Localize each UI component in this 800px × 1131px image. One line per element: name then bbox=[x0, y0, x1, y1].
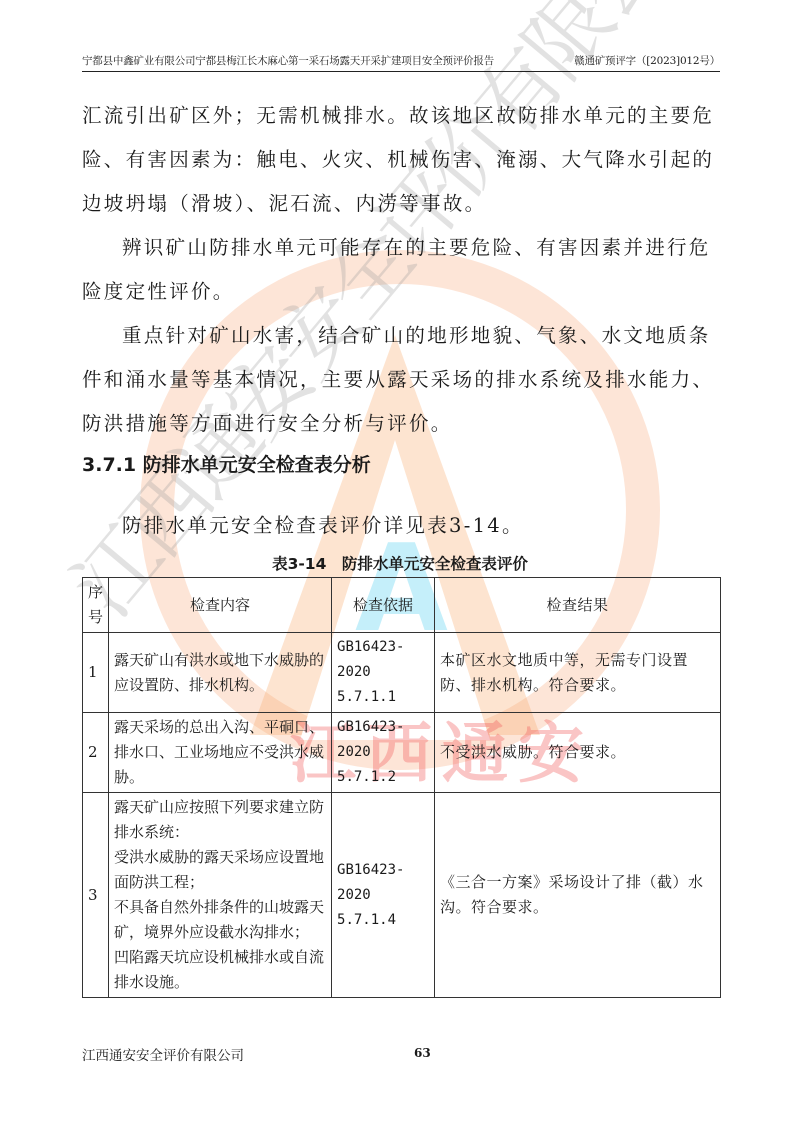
header-basis: 检查依据 bbox=[332, 578, 435, 633]
row-content: 露天矿山有洪水或地下水威胁的应设置防、排水机构。 bbox=[109, 633, 332, 713]
content-line: 受洪水威胁的露天采场应设置地面防洪工程； bbox=[114, 845, 326, 895]
basis-clause: 5.7.1.4 bbox=[337, 908, 429, 933]
row-content: 露天采场的总出入沟、平硐口、排水口、工业场地应不受洪水威胁。 bbox=[109, 713, 332, 793]
table-row: 3 露天矿山应按照下列要求建立防排水系统： 受洪水威胁的露天采场应设置地面防洪工… bbox=[83, 793, 721, 998]
row-result: 不受洪水威胁。符合要求。 bbox=[435, 713, 721, 793]
page-number: 63 bbox=[414, 1046, 431, 1060]
section-title: 3.7.1 防排水单元安全检查表分析 bbox=[82, 450, 371, 477]
header-result: 检查结果 bbox=[435, 578, 721, 633]
basis-clause: 5.7.1.1 bbox=[337, 685, 429, 710]
safety-checklist-table: 序号 检查内容 检查依据 检查结果 1 露天矿山有洪水或地下水威胁的应设置防、排… bbox=[82, 577, 721, 998]
paragraph-hazards: 汇流引出矿区外；无需机械排水。故该地区故防排水单元的主要危险、有害因素为：触电、… bbox=[82, 94, 722, 226]
row-basis: GB16423-2020 5.7.1.4 bbox=[332, 793, 435, 998]
page-header: 宁都县中鑫矿业有限公司宁都县梅江长木麻心第一采石场露天开采扩建项目安全预评价报告… bbox=[82, 52, 720, 72]
basis-code: GB16423-2020 bbox=[337, 858, 429, 908]
basis-code: GB16423-2020 bbox=[337, 635, 429, 685]
paragraph-identification: 辨识矿山防排水单元可能存在的主要危险、有害因素并进行危险度定性评价。 bbox=[82, 226, 722, 314]
row-content: 露天矿山应按照下列要求建立防排水系统： 受洪水威胁的露天采场应设置地面防洪工程；… bbox=[109, 793, 332, 998]
row-basis: GB16423-2020 5.7.1.2 bbox=[332, 713, 435, 793]
row-no: 1 bbox=[83, 633, 109, 713]
header-report-number: 赣通矿预评字（[2023]012号） bbox=[574, 53, 720, 68]
table-caption: 表3-14 防排水单元安全检查表评价 bbox=[0, 552, 800, 574]
row-no: 2 bbox=[83, 713, 109, 793]
row-basis: GB16423-2020 5.7.1.1 bbox=[332, 633, 435, 713]
basis-clause: 5.7.1.2 bbox=[337, 765, 429, 790]
basis-code: GB16423-2020 bbox=[337, 715, 429, 765]
content-line: 不具备自然外排条件的山坡露天矿，境界外应设截水沟排水； bbox=[114, 895, 326, 945]
table-row: 1 露天矿山有洪水或地下水威胁的应设置防、排水机构。 GB16423-2020 … bbox=[83, 633, 721, 713]
header-no: 序号 bbox=[83, 578, 109, 633]
content-line: 露天矿山应按照下列要求建立防排水系统： bbox=[114, 795, 326, 845]
table-intro: 防排水单元安全检查表评价详见表3-14。 bbox=[82, 504, 722, 548]
table-row: 2 露天采场的总出入沟、平硐口、排水口、工业场地应不受洪水威胁。 GB16423… bbox=[83, 713, 721, 793]
row-no: 3 bbox=[83, 793, 109, 998]
content-line: 凹陷露天坑应设机械排水或自流排水设施。 bbox=[114, 945, 326, 995]
row-result: 《三合一方案》采场设计了排（截）水沟。符合要求。 bbox=[435, 793, 721, 998]
paragraph-focus: 重点针对矿山水害，结合矿山的地形地貌、气象、水文地质条件和涌水量等基本情况，主要… bbox=[82, 314, 722, 446]
header-content: 检查内容 bbox=[109, 578, 332, 633]
header-report-title: 宁都县中鑫矿业有限公司宁都县梅江长木麻心第一采石场露天开采扩建项目安全预评价报告 bbox=[82, 53, 494, 68]
footer-company: 江西通安安全评价有限公司 bbox=[82, 1044, 244, 1064]
table-header-row: 序号 检查内容 检查依据 检查结果 bbox=[83, 578, 721, 633]
row-result: 本矿区水文地质中等，无需专门设置防、排水机构。符合要求。 bbox=[435, 633, 721, 713]
